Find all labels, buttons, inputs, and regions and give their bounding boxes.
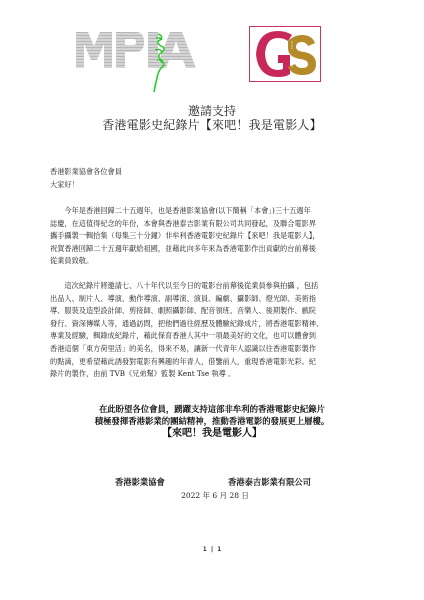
paragraph-anniversary: 今年是香港回歸二十五週年，也是香港影業協會(以下簡稱「本會」)三十五週年 誌慶，… (50, 205, 380, 268)
appeal-block: 在此盼望各位會員，踴躍支持這部非牟利的香港電影史紀錄片 積極發揮香港影業的團結精… (0, 404, 424, 440)
page-indicator: 1 | 1 (0, 546, 424, 554)
recipient-line: 香港影業協會各位會員 (50, 166, 380, 179)
paragraph-line: 發行、資深傳媒人等，通過訪問，把他們過往經歷及體驗紀錄成片，將香港電影精神、 (50, 318, 380, 331)
appeal-slogan: 【來吧！我是電影人】 (0, 427, 424, 440)
document-subtitle: 香港電影史紀錄片【來吧！我是電影人】 (0, 118, 424, 132)
gs-logo-icon (249, 26, 321, 82)
paragraph-line: 誌慶，在這值得紀念的年份，本會與香港泰吉影業有限公司共同發起，及聯合電影界 (50, 218, 380, 231)
paragraph-line: 香港這個「東方荷里活」的美名，得來不易，讓新一代青年人認識以往香港電影製作 (50, 343, 380, 356)
appeal-line: 積極發揮香港影業的團結精神，推動香港電影的發展更上層樓。 (0, 416, 424, 428)
paragraph-documentary: 這次紀錄片將邀請七、八十年代以至今日的電影台前幕後從業員參與拍攝 ，包括 出品人… (50, 280, 380, 381)
document-page: 邀請支持 香港電影史紀錄片【來吧！我是電影人】 香港影業協會各位會員 大家好！ … (0, 0, 424, 600)
document-title: 邀請支持 (0, 104, 424, 118)
signature-mpia: 香港影業協會 (115, 476, 165, 488)
paragraph-line: 的點滴，更希望藉此誘發對電影有興趣的年青人，借鑒前人，重現香港電影光彩。紀 (50, 356, 380, 369)
paragraph-line: 導、服裝及造型設計師、剪接師、劇照攝影師、配音領班、音樂人、後期製作、戲院 (50, 305, 380, 318)
paragraph-line: 錄片的製作，由前 TVB《兄弟幫》監製 Kent Tse 執導 。 (50, 368, 380, 381)
signature-gs: 香港泰吉影業有限公司 (228, 476, 311, 488)
document-date: 2022 年 6 月 28 日 (0, 490, 424, 502)
paragraph-line: 專業及經驗，輯錄成紀錄片，藉此保育香港人其中一項最美好的文化，也可以體會到 (50, 330, 380, 343)
salutation-line: 大家好！ (50, 179, 380, 192)
paragraph-line: 出品人、制片人、導演、動作導演、副導演、演員、編劇、攝影師、燈光師、美術指 (50, 293, 380, 306)
paragraph-line: 祝賀香港回歸二十五週年獻給祖國，並藉此向多年來為香港電影作出貢獻的台前幕後 (50, 243, 380, 256)
paragraph-line: 從業員致敬。 (50, 255, 380, 268)
greeting-block: 香港影業協會各位會員 大家好！ (50, 166, 380, 192)
paragraph-line: 這次紀錄片將邀請七、八十年代以至今日的電影台前幕後從業員參與拍攝 ，包括 (50, 280, 380, 293)
mpia-logo-icon (76, 30, 202, 92)
paragraph-line: 攜手攝製一輯拾集（每集三十分鐘）非牟利香港電影史紀錄片【來吧！我是電影人】， (50, 230, 380, 243)
paragraph-line: 今年是香港回歸二十五週年，也是香港影業協會(以下簡稱「本會」)三十五週年 (50, 205, 380, 218)
appeal-line: 在此盼望各位會員，踴躍支持這部非牟利的香港電影史紀錄片 (0, 404, 424, 416)
